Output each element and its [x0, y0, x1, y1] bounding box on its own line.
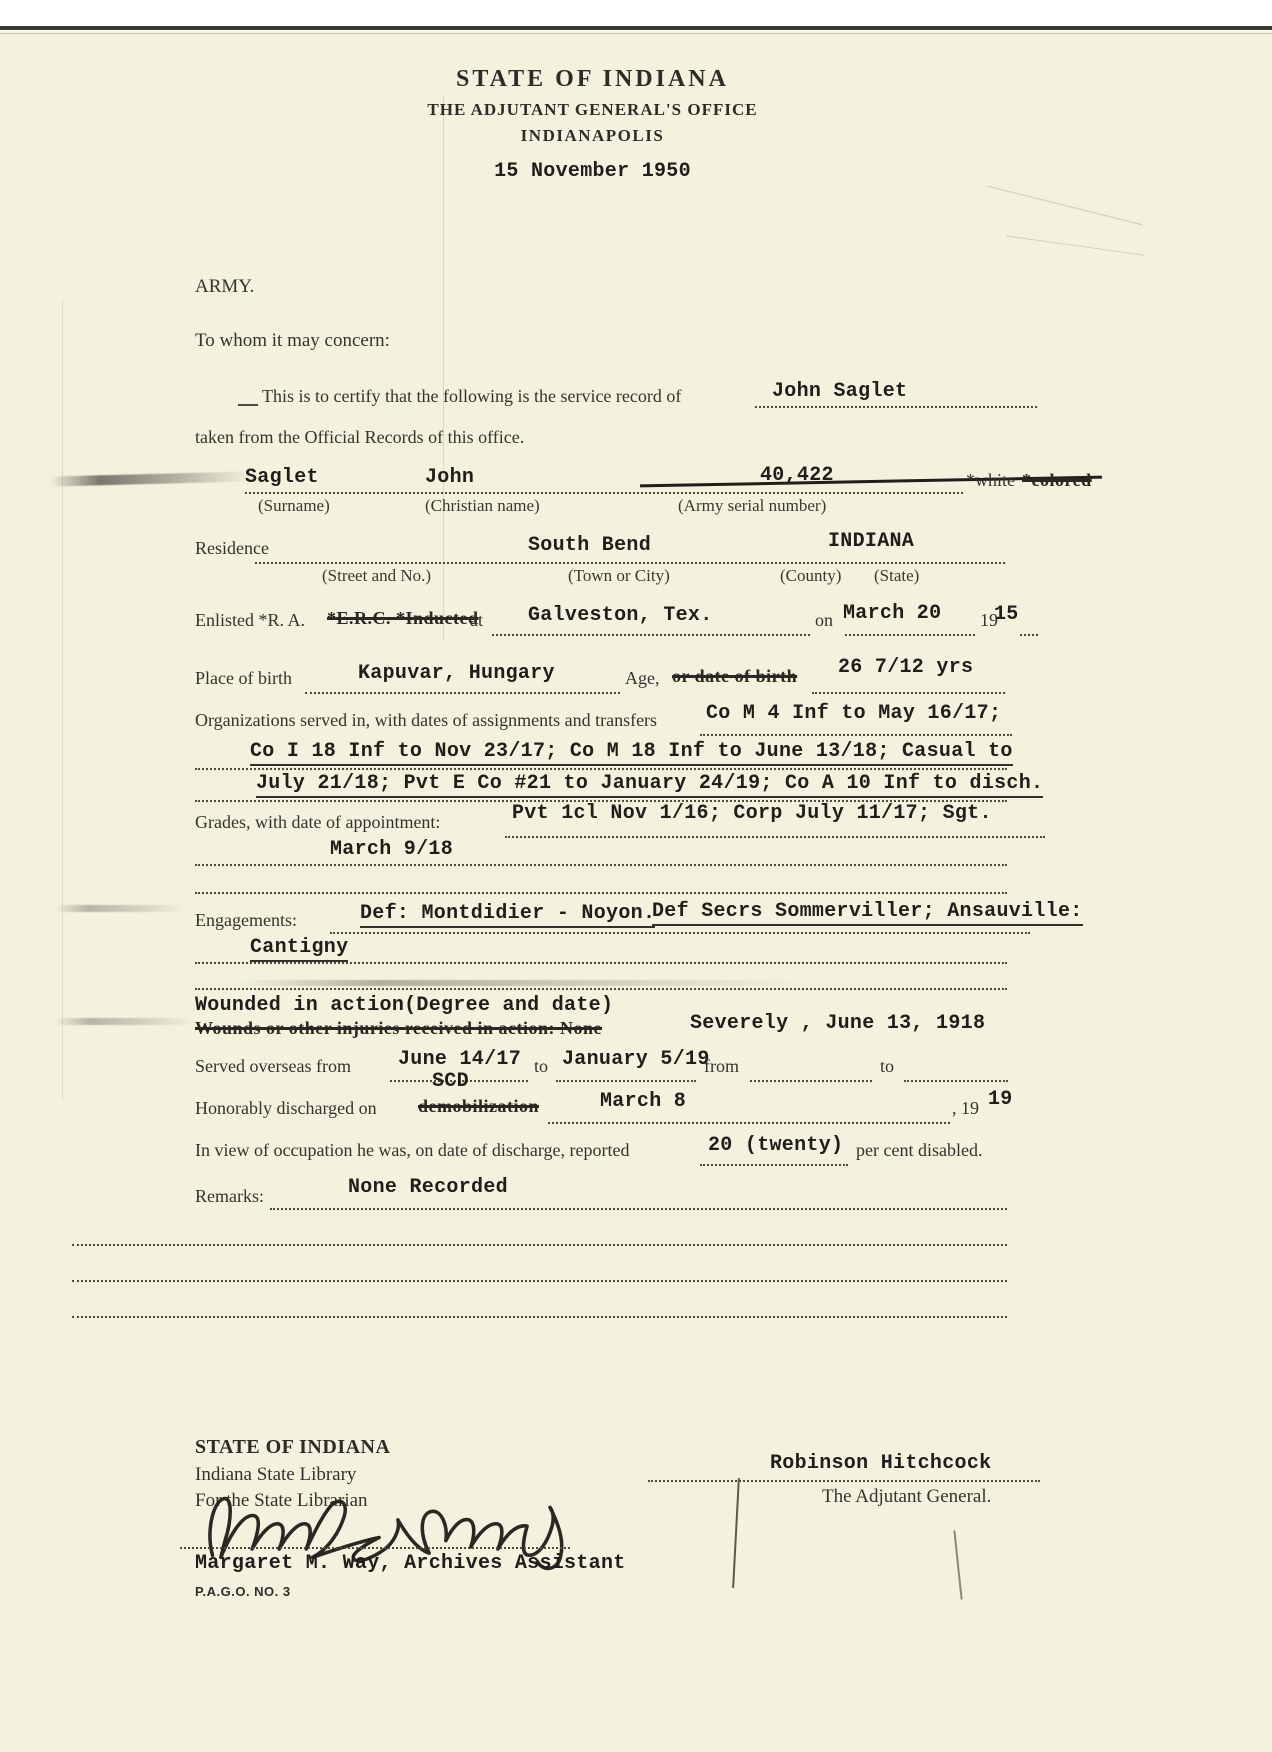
age-value: 26 7/12 yrs [838, 656, 973, 679]
enlisted-place-leader [492, 634, 810, 636]
town-label: (Town or City) [568, 566, 670, 586]
engagements-part1: Def: Montdidier - Noyon. [360, 902, 655, 925]
grades-leader-2 [195, 864, 1007, 866]
enlisted-on-label: on [815, 610, 833, 631]
overseas-to1-value: January 5/19 [562, 1048, 710, 1071]
race-white-option: *white [966, 470, 1015, 491]
organizations-line2: Co I 18 Inf to Nov 23/17; Co M 18 Inf to… [250, 740, 1013, 763]
residence-leader-line [255, 562, 1005, 564]
office-line: THE ADJUTANT GENERAL'S OFFICE [0, 100, 1185, 120]
street-label: (Street and No.) [322, 566, 431, 586]
remarks-label: Remarks: [195, 1186, 264, 1207]
overseas-from2-label: from [704, 1056, 739, 1077]
serial-number-value: 40,422 [760, 464, 834, 487]
enlisted-label: Enlisted *R. A. [195, 610, 305, 631]
remarks-leader-4 [72, 1316, 1007, 1318]
remarks-leader-2 [72, 1244, 1007, 1246]
wounded-struck-text: Wounds or other injuries received in act… [195, 1018, 602, 1039]
engagements-leader-3 [195, 988, 1007, 990]
birthplace-label: Place of birth [195, 668, 292, 689]
organizations-line1: Co M 4 Inf to May 16/17; [706, 702, 1001, 725]
organizations-label: Organizations served in, with dates of a… [195, 710, 657, 731]
enlisted-date-value: March 20 [843, 602, 941, 625]
christian-name-value: John [425, 466, 474, 489]
grades-line2: March 9/18 [330, 838, 453, 861]
disability-prefix: In view of occupation he was, on date of… [195, 1140, 630, 1161]
disability-suffix: per cent disabled. [856, 1140, 982, 1161]
discharge-label: Honorably discharged on [195, 1098, 377, 1119]
footer-state-heading: STATE OF INDIANA [195, 1436, 390, 1459]
disability-value: 20 (twenty) [708, 1134, 843, 1157]
scanned-service-record-page: STATE OF INDIANA THE ADJUTANT GENERAL'S … [0, 0, 1272, 1752]
discharge-struck-text: demobilization [418, 1096, 539, 1117]
surname-label: (Surname) [258, 496, 330, 516]
state-label: (State) [874, 566, 919, 586]
overseas-leader-2 [556, 1080, 696, 1082]
surname-value: Saglet [245, 466, 319, 489]
city-line: INDIANAPOLIS [0, 126, 1185, 146]
adjutant-general-title: The Adjutant General. [822, 1486, 991, 1508]
footer-typed-name: Margaret M. Way, Archives Assistant [195, 1552, 626, 1575]
grades-leader-1 [505, 836, 1045, 838]
service-member-name: John Saglet [772, 380, 907, 403]
discharge-scd-note: SCD [432, 1070, 469, 1093]
branch-label: ARMY. [195, 276, 254, 298]
organizations-leader-2 [195, 768, 1007, 770]
enlisted-date-leader [845, 634, 975, 636]
enlisted-struck-options: *E.R.C. *Inducted [327, 608, 479, 629]
organizations-leader-1 [700, 734, 1012, 736]
organizations-line2-text: Co I 18 Inf to Nov 23/17; Co M 18 Inf to… [250, 740, 1013, 766]
overseas-label: Served overseas from [195, 1056, 351, 1077]
organizations-line3-text: July 21/18; Pvt E Co #21 to January 24/1… [256, 772, 1043, 798]
grades-line1: Pvt 1cl Nov 1/16; Corp July 11/17; Sgt. [512, 802, 992, 825]
enlisted-year-typed: 15 [994, 603, 1019, 626]
remarks-leader-1 [270, 1208, 1007, 1210]
race-colored-option-struck: *colored [1022, 470, 1092, 491]
adjutant-leader-line [648, 1480, 1040, 1482]
grades-leader-3 [195, 892, 1007, 894]
signature-leader-line [180, 1547, 570, 1549]
county-label: (County) [780, 566, 841, 586]
remarks-value: None Recorded [348, 1176, 508, 1199]
enlisted-year-leader [1020, 634, 1038, 636]
christian-name-label: (Christian name) [425, 496, 540, 516]
discharge-leader [548, 1122, 950, 1124]
overseas-to1-label: to [534, 1056, 548, 1077]
footer-pago-number: P.A.G.O. NO. 3 [195, 1584, 291, 1599]
enlisted-place-value: Galveston, Tex. [528, 604, 713, 627]
adjutant-general-name: Robinson Hitchcock [770, 1452, 991, 1475]
engagements-part2: Def Secrs Sommerviller; Ansauville: [652, 900, 1083, 923]
overseas-from1-value: June 14/17 [398, 1048, 521, 1071]
overseas-to2-label: to [880, 1056, 894, 1077]
discharge-year-typed: 19 [988, 1088, 1013, 1111]
name-leader-line [755, 406, 1037, 408]
wounded-heading: Wounded in action(Degree and date) [195, 994, 613, 1017]
remarks-leader-3 [72, 1280, 1007, 1282]
overseas-leader-3 [750, 1080, 872, 1082]
engagements-line2-text: Cantigny [250, 936, 348, 962]
enlisted-at-label: at [470, 610, 483, 631]
grades-label: Grades, with date of appointment: [195, 812, 440, 833]
engagements-part1-text: Def: Montdidier - Noyon. [360, 902, 655, 928]
serial-number-label: (Army serial number) [678, 496, 826, 516]
organizations-line3: July 21/18; Pvt E Co #21 to January 24/1… [256, 772, 1043, 795]
identity-leader-line [245, 492, 963, 494]
letter-date: 15 November 1950 [0, 160, 1185, 183]
age-struck-text: or date of birth [672, 666, 797, 687]
engagements-leader-2 [195, 962, 1007, 964]
residence-label: Residence [195, 538, 269, 559]
wounded-value: Severely , June 13, 1918 [690, 1012, 985, 1035]
residence-town-value: South Bend [528, 534, 651, 557]
age-label: Age, [625, 668, 660, 689]
birthplace-leader [305, 692, 620, 694]
overseas-leader-4 [904, 1080, 1008, 1082]
records-sentence: taken from the Official Records of this … [195, 427, 524, 448]
page-title: STATE OF INDIANA [0, 66, 1185, 93]
salutation: To whom it may concern: [195, 330, 390, 352]
discharge-year-printed: , 19 [952, 1098, 979, 1119]
engagements-part2-text: Def Secrs Sommerviller; Ansauville: [652, 900, 1083, 926]
engagements-leader-1 [330, 932, 1030, 934]
engagements-label: Engagements: [195, 910, 297, 931]
discharge-date-value: March 8 [600, 1090, 686, 1113]
engagements-line2: Cantigny [250, 936, 348, 959]
age-leader [812, 692, 1005, 694]
scan-top-rule [0, 26, 1272, 30]
residence-state-value: INDIANA [828, 530, 914, 553]
certify-sentence: This is to certify that the following is… [262, 386, 681, 407]
disability-leader [700, 1164, 848, 1166]
birthplace-value: Kapuvar, Hungary [358, 662, 555, 685]
